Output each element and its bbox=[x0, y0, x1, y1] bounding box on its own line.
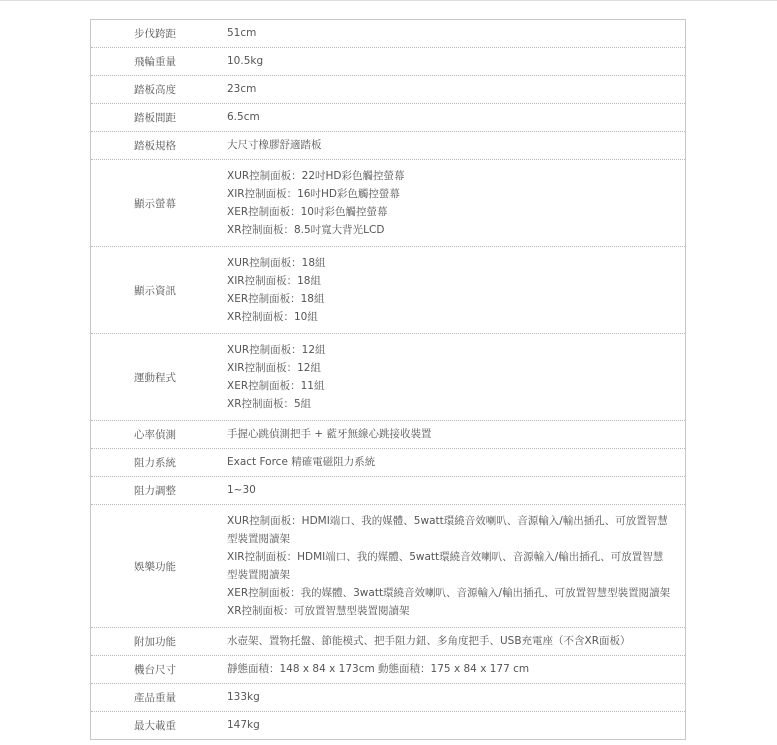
spec-row: 顯示螢幕XUR控制面板：22吋HD彩色觸控螢幕XIR控制面板：16吋HD彩色觸控… bbox=[91, 159, 685, 246]
spec-label: 最大載重 bbox=[91, 718, 227, 733]
spec-row: 阻力系統Exact Force 精確電磁阻力系統 bbox=[91, 448, 685, 476]
spec-label: 步伐跨距 bbox=[91, 26, 227, 41]
spec-row: 踏板間距6.5cm bbox=[91, 103, 685, 131]
spec-value-line: XR控制面板：5組 bbox=[227, 395, 673, 413]
spec-value-line: XER控制面板：我的媒體、3watt環繞音效喇叭、音源輸入/輸出插孔、可放置智慧… bbox=[227, 584, 673, 602]
spec-value: XUR控制面板：12組XIR控制面板：12組XER控制面板：11組XR控制面板：… bbox=[227, 334, 685, 420]
spec-value-line: 1~30 bbox=[227, 477, 685, 504]
spec-value: 51cm bbox=[227, 20, 685, 47]
spec-row: 顯示資訊XUR控制面板：18組XIR控制面板：18組XER控制面板：18組XR控… bbox=[91, 246, 685, 333]
spec-label: 飛輪重量 bbox=[91, 54, 227, 69]
spec-value-line: 23cm bbox=[227, 76, 685, 103]
spec-value: 大尺寸橡膠舒適踏板 bbox=[227, 132, 685, 159]
spec-row: 阻力調整1~30 bbox=[91, 476, 685, 504]
spec-label: 踏板間距 bbox=[91, 110, 227, 125]
spec-value: 147kg bbox=[227, 712, 685, 739]
spec-value-line: 147kg bbox=[227, 712, 685, 739]
spec-value-line: XER控制面板：11組 bbox=[227, 377, 673, 395]
spec-value: XUR控制面板：22吋HD彩色觸控螢幕XIR控制面板：16吋HD彩色觸控螢幕XE… bbox=[227, 160, 685, 246]
spec-row: 機台尺寸靜態面積：148 x 84 x 173cm 動態面積：175 x 84 … bbox=[91, 655, 685, 683]
spec-row: 運動程式XUR控制面板：12組XIR控制面板：12組XER控制面板：11組XR控… bbox=[91, 333, 685, 420]
spec-value: 靜態面積：148 x 84 x 173cm 動態面積：175 x 84 x 17… bbox=[227, 656, 685, 683]
spec-value: 133kg bbox=[227, 684, 685, 711]
spec-row: 最大載重147kg bbox=[91, 711, 685, 739]
spec-value-line: 手握心跳偵測把手 + 藍牙無線心跳接收裝置 bbox=[227, 421, 685, 448]
spec-value: XUR控制面板：18組XIR控制面板：18組XER控制面板：18組XR控制面板：… bbox=[227, 247, 685, 333]
spec-value-line: Exact Force 精確電磁阻力系統 bbox=[227, 449, 685, 476]
spec-row: 附加功能水壺架、置物托盤、節能模式、把手阻力鈕、多角度把手、USB充電座（不含X… bbox=[91, 627, 685, 655]
spec-value-line: XR控制面板：可放置智慧型裝置閱讀架 bbox=[227, 602, 673, 620]
spec-value: 6.5cm bbox=[227, 104, 685, 131]
spec-value-line: XER控制面板：18組 bbox=[227, 290, 673, 308]
spec-value-line: XUR控制面板：HDMI端口、我的媒體、5watt環繞音效喇叭、音源輸入/輸出插… bbox=[227, 512, 673, 548]
spec-label: 踏板高度 bbox=[91, 82, 227, 97]
spec-value-line: XR控制面板：10組 bbox=[227, 308, 673, 326]
spec-value-line: XIR控制面板：12組 bbox=[227, 359, 673, 377]
spec-row: 娛樂功能XUR控制面板：HDMI端口、我的媒體、5watt環繞音效喇叭、音源輸入… bbox=[91, 504, 685, 627]
spec-row: 心率偵測手握心跳偵測把手 + 藍牙無線心跳接收裝置 bbox=[91, 420, 685, 448]
spec-value: 23cm bbox=[227, 76, 685, 103]
spec-value-line: XER控制面板：10吋彩色觸控螢幕 bbox=[227, 203, 673, 221]
spec-table: 步伐跨距51cm飛輪重量10.5kg踏板高度23cm踏板間距6.5cm踏板規格大… bbox=[90, 19, 686, 740]
spec-row: 踏板規格大尺寸橡膠舒適踏板 bbox=[91, 131, 685, 159]
spec-label: 運動程式 bbox=[91, 370, 227, 385]
spec-value: Exact Force 精確電磁阻力系統 bbox=[227, 449, 685, 476]
spec-value: 水壺架、置物托盤、節能模式、把手阻力鈕、多角度把手、USB充電座（不含XR面板） bbox=[227, 628, 685, 655]
spec-value-line: XUR控制面板：12組 bbox=[227, 341, 673, 359]
spec-row: 步伐跨距51cm bbox=[91, 20, 685, 47]
spec-value-line: 水壺架、置物托盤、節能模式、把手阻力鈕、多角度把手、USB充電座（不含XR面板） bbox=[227, 628, 685, 655]
spec-label: 踏板規格 bbox=[91, 138, 227, 153]
spec-value-line: 6.5cm bbox=[227, 104, 685, 131]
spec-label: 顯示螢幕 bbox=[91, 196, 227, 211]
spec-label: 顯示資訊 bbox=[91, 283, 227, 298]
spec-value-line: 133kg bbox=[227, 684, 685, 711]
spec-value-line: 大尺寸橡膠舒適踏板 bbox=[227, 132, 685, 159]
spec-label: 產品重量 bbox=[91, 690, 227, 705]
spec-value: XUR控制面板：HDMI端口、我的媒體、5watt環繞音效喇叭、音源輸入/輸出插… bbox=[227, 505, 685, 627]
spec-value: 10.5kg bbox=[227, 48, 685, 75]
spec-label: 心率偵測 bbox=[91, 427, 227, 442]
spec-value-line: XIR控制面板：16吋HD彩色觸控螢幕 bbox=[227, 185, 673, 203]
spec-label: 娛樂功能 bbox=[91, 559, 227, 574]
spec-value-line: XIR控制面板：HDMI端口、我的媒體、5watt環繞音效喇叭、音源輸入/輸出插… bbox=[227, 548, 673, 584]
spec-row: 飛輪重量10.5kg bbox=[91, 47, 685, 75]
spec-value-line: XUR控制面板：22吋HD彩色觸控螢幕 bbox=[227, 167, 673, 185]
spec-value-line: XR控制面板：8.5吋寬大背光LCD bbox=[227, 221, 673, 239]
spec-label: 阻力調整 bbox=[91, 483, 227, 498]
spec-value-line: 51cm bbox=[227, 20, 685, 47]
spec-row: 踏板高度23cm bbox=[91, 75, 685, 103]
top-divider bbox=[0, 0, 777, 1]
spec-row: 產品重量133kg bbox=[91, 683, 685, 711]
spec-value-line: 靜態面積：148 x 84 x 173cm 動態面積：175 x 84 x 17… bbox=[227, 656, 685, 683]
spec-value: 手握心跳偵測把手 + 藍牙無線心跳接收裝置 bbox=[227, 421, 685, 448]
spec-label: 機台尺寸 bbox=[91, 662, 227, 677]
spec-value-line: XIR控制面板：18組 bbox=[227, 272, 673, 290]
spec-label: 附加功能 bbox=[91, 634, 227, 649]
spec-label: 阻力系統 bbox=[91, 455, 227, 470]
spec-value-line: XUR控制面板：18組 bbox=[227, 254, 673, 272]
spec-value-line: 10.5kg bbox=[227, 48, 685, 75]
spec-value: 1~30 bbox=[227, 477, 685, 504]
